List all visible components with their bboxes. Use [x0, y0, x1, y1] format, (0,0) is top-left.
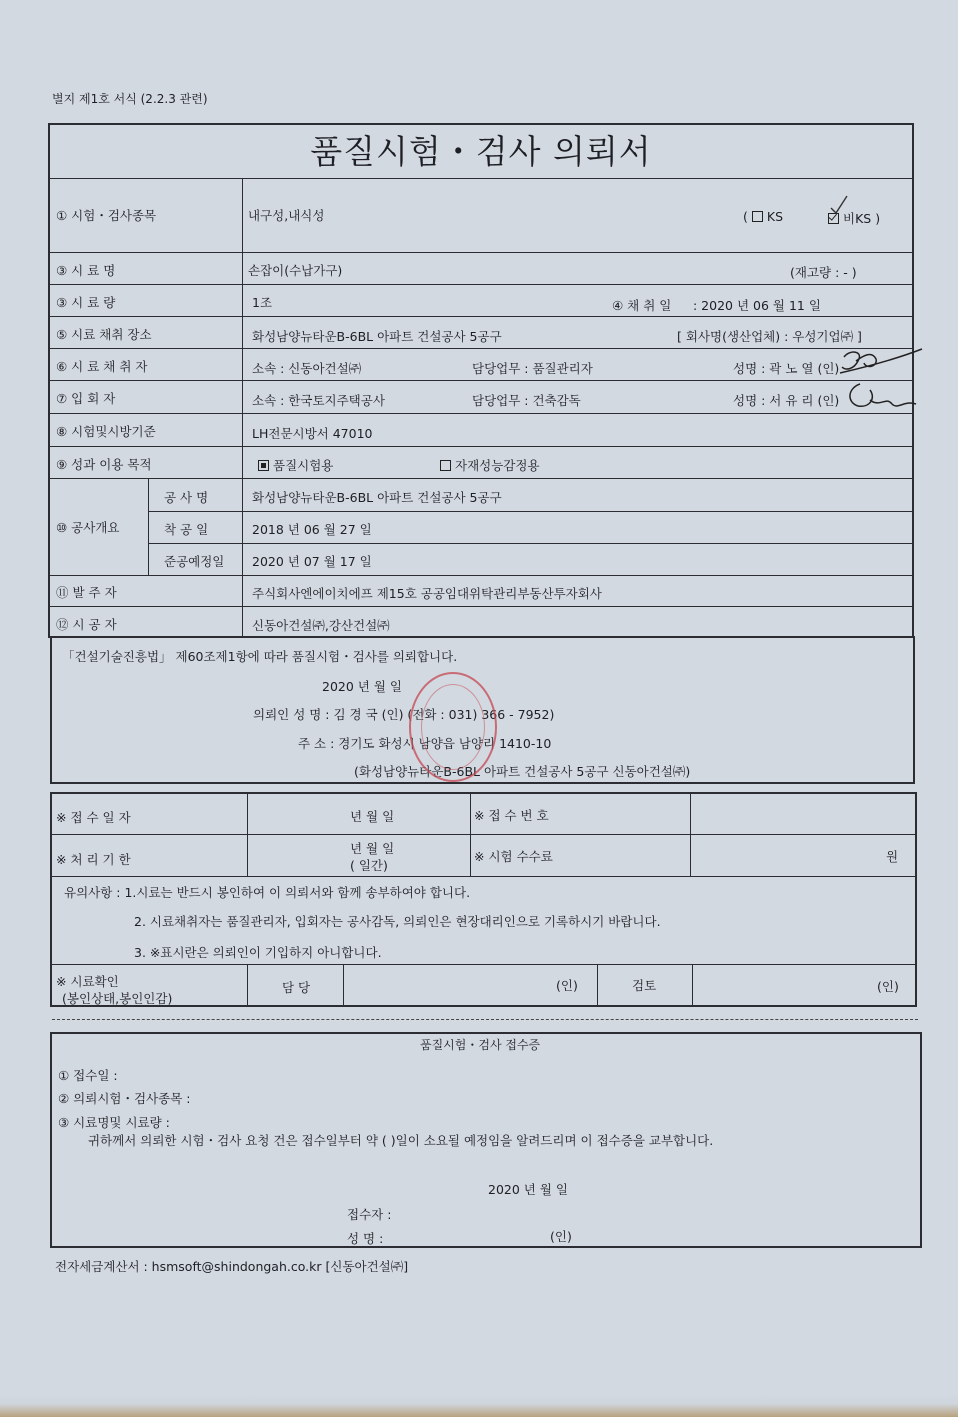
- receipt-title: 품질시험・검사 접수증: [420, 1036, 540, 1053]
- purpose-option-appraisal[interactable]: 자재성능감정용: [440, 456, 540, 474]
- desk-edge: [0, 1395, 958, 1417]
- stock-amount: (재고량 : - ): [790, 263, 857, 281]
- charge-label: 담 당: [282, 978, 310, 996]
- sampling-place-label: ⑤ 시료 채취 장소: [56, 325, 152, 343]
- requester: 의뢰인 성 명 : 김 경 국 (인) (전화 : 031) 366 - 795…: [253, 705, 554, 723]
- sample-name-label: ③ 시 료 명: [56, 261, 115, 279]
- sampling-date-label: ④ 채 취 일: [612, 296, 671, 314]
- test-item-label: ① 시험・검사종목: [56, 206, 156, 224]
- project-name-value: 화성남양뉴타운B-6BL 아파트 건설공사 5공구: [252, 488, 502, 506]
- sampling-place-value: 화성남양뉴타운B-6BL 아파트 건설공사 5공구: [252, 327, 502, 345]
- receiver-name-label: 성 명 :: [347, 1229, 383, 1247]
- request-date: 2020 년 월 일: [322, 677, 402, 695]
- quality-test-checkbox[interactable]: [258, 460, 269, 471]
- sampler-label: ⑥ 시 료 채 취 자: [56, 357, 147, 375]
- ks-checkbox[interactable]: [752, 211, 763, 222]
- requester-site: (화성남양뉴타운B-6BL 아파트 건설공사 5공구 신동아건설㈜): [354, 762, 690, 780]
- sampler-name: 성명 : 곽 노 열 (인): [733, 359, 839, 377]
- sample-qty-label: ③ 시 료 량: [56, 293, 115, 311]
- form-note: 별지 제1호 서식 (2.2.3 관련): [52, 90, 208, 107]
- note-3: 3. ※표시란은 의뢰인이 기입하지 아니합니다.: [134, 943, 382, 961]
- fee-label: ※ 시험 수수료: [474, 847, 553, 865]
- footer-email: 전자세금계산서 : hsmsoft@shindongah.co.kr [신동아건…: [55, 1257, 408, 1275]
- sample-qty-value: 1조: [252, 293, 272, 311]
- review-seal: (인): [877, 977, 899, 995]
- receiver-label: 접수자 :: [347, 1205, 391, 1223]
- standard-value: LH전문시방서 47010: [252, 424, 372, 442]
- test-item-value: 내구성,내식성: [248, 206, 324, 224]
- orderer-label: ⑪ 발 주 자: [56, 583, 117, 601]
- charge-seal: (인): [556, 976, 578, 994]
- completion-date-label: 준공예정일: [164, 552, 224, 570]
- form-title: 품질시험・검사 의뢰서: [48, 126, 914, 178]
- builder-value: 신동아건설㈜,강산건설㈜: [252, 616, 390, 634]
- signature-sampler: [836, 345, 926, 377]
- receipt-item-3: ③ 시료명및 시료량 :: [58, 1113, 170, 1131]
- deadline-days: ( 일간): [350, 856, 388, 874]
- company-seal-stamp: [409, 672, 497, 782]
- review-label: 검토: [632, 976, 656, 994]
- note-2: 2. 시료채취자는 품질관리자, 입회자는 공사감독, 의뢰인은 현장대리인으로…: [134, 912, 661, 930]
- request-statement: 「건설기술진흥법」 제60조제1항에 따라 품질시험・검사를 의뢰합니다.: [62, 647, 457, 665]
- witness-duty: 담당업무 : 건축감독: [472, 391, 581, 409]
- receipt-item-1: ① 접수일 :: [58, 1066, 118, 1084]
- receipt-notice: 귀하께서 의뢰한 시험・검사 요청 건은 접수일부터 약 ( )일이 소요될 예…: [88, 1131, 713, 1149]
- receipt-date-label: ※ 접 수 일 자: [56, 808, 131, 826]
- receipt-item-2: ② 의뢰시험・검사종목 :: [58, 1089, 190, 1107]
- receipt-date-value: 년 월 일: [350, 807, 394, 825]
- receiver-seal: (인): [550, 1227, 572, 1245]
- sampler-affiliation: 소속 : 신동아건설㈜: [252, 359, 361, 377]
- receipt-no-field[interactable]: [692, 795, 914, 833]
- witness-affiliation: 소속 : 한국토지주택공사: [252, 391, 385, 409]
- completion-date-value: 2020 년 07 월 17 일: [252, 552, 372, 570]
- witness-name: 성명 : 서 유 리 (인): [733, 391, 839, 409]
- witness-label: ⑦ 입 회 자: [56, 389, 115, 407]
- appraisal-checkbox[interactable]: [440, 460, 451, 471]
- cut-line: [52, 1019, 918, 1020]
- standard-label: ⑧ 시험및시방기준: [56, 422, 156, 440]
- fee-unit: 원: [886, 847, 898, 865]
- sample-check-sublabel: (봉인상태,봉인인감): [62, 989, 172, 1007]
- deadline-date: 년 월 일: [350, 839, 394, 857]
- ks-option[interactable]: ( KS: [743, 209, 783, 224]
- receipt-date: 2020 년 월 일: [488, 1180, 568, 1198]
- note-1: 유의사항 : 1.시료는 반드시 봉인하여 이 의뢰서와 함께 송부하여야 합니…: [64, 883, 470, 901]
- sample-check-label: ※ 시료확인: [56, 972, 119, 990]
- manufacturer: [ 회사명(생산업체) : 우성기업㈜ ]: [677, 327, 862, 345]
- orderer-value: 주식회사엔에이치에프 제15호 공공임대위탁관리부동산투자회사: [252, 584, 602, 602]
- signature-witness: [840, 378, 920, 414]
- start-date-label: 착 공 일: [164, 520, 208, 538]
- sampler-duty: 담당업무 : 품질관리자: [472, 359, 593, 377]
- project-name-label: 공 사 명: [164, 488, 234, 506]
- purpose-option-quality[interactable]: 품질시험용: [258, 456, 333, 474]
- receipt-no-label: ※ 접 수 번 호: [474, 806, 549, 824]
- start-date-value: 2018 년 06 월 27 일: [252, 520, 372, 538]
- builder-label: ⑫ 시 공 자: [56, 615, 117, 633]
- sample-name-value: 손잡이(수납가구): [248, 261, 342, 279]
- project-label: ⑩ 공사개요: [56, 518, 119, 536]
- deadline-label: ※ 처 리 기 한: [56, 850, 131, 868]
- checkmark-icon: [828, 194, 850, 216]
- purpose-label: ⑨ 성과 이용 목적: [56, 455, 152, 473]
- sampling-date-value: : 2020 년 06 월 11 일: [693, 296, 821, 314]
